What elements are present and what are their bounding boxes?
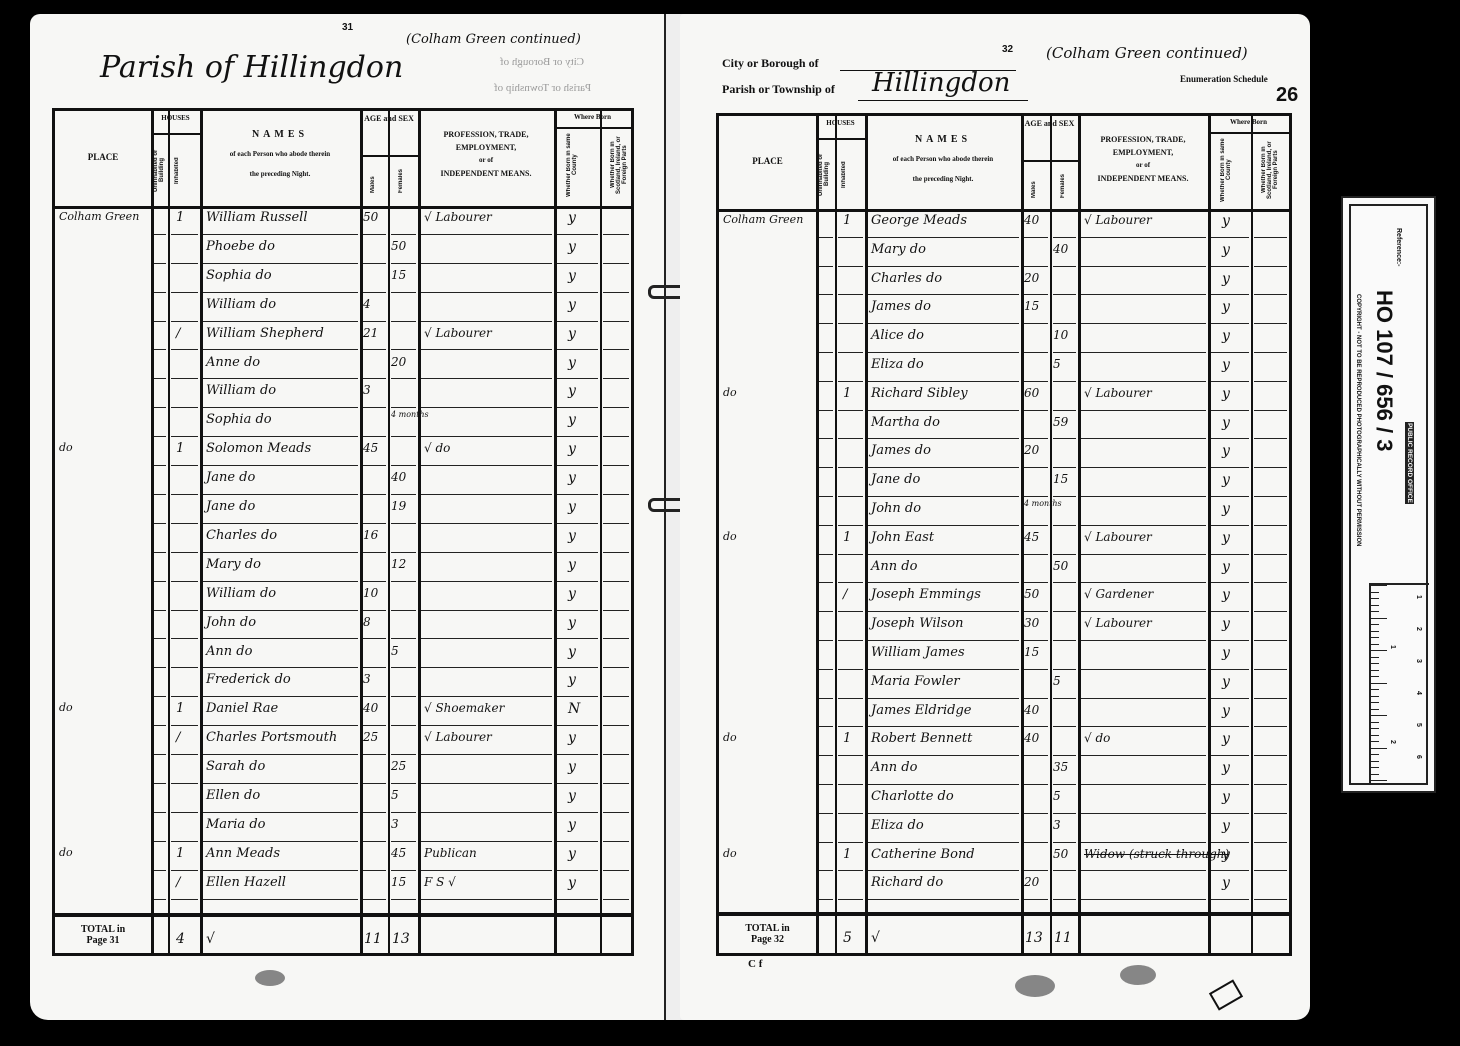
header-born-foreign: Whether Born in Scotland, Ireland, or Fo… <box>610 133 628 197</box>
cell-name: John East <box>871 530 934 545</box>
cell-male: 10 <box>363 586 378 600</box>
cell-born-county: y <box>568 210 576 226</box>
cell-profession: √ Gardener <box>1084 587 1153 601</box>
cell-place: do <box>723 530 737 543</box>
cell-name: Charles do <box>871 271 942 286</box>
cell-female: 15 <box>1053 472 1068 486</box>
cell-name: Mary do <box>206 557 261 572</box>
cell-male: 40 <box>1024 703 1039 717</box>
cell-born-county: y <box>568 759 576 775</box>
cell-name: Joseph Emmings <box>871 587 981 602</box>
table-row: Jane do40y <box>55 466 631 495</box>
census-page-right: City or Borough of 32 (Colham Green cont… <box>680 14 1310 1020</box>
cell-male: 40 <box>1024 731 1039 745</box>
table-row: Frederick do3y <box>55 668 631 697</box>
table-row: William do10y <box>55 582 631 611</box>
cell-female: 5 <box>1053 789 1061 803</box>
row-rule <box>203 899 358 900</box>
header-born-county: Whether Born in same County <box>1220 138 1232 202</box>
cell-name: Ellen Hazell <box>206 875 286 890</box>
cell-name: James Eldridge <box>871 703 971 718</box>
cell-name: William James <box>871 645 965 660</box>
row-rule <box>603 899 629 900</box>
cell-born-county: y <box>1222 271 1230 287</box>
cell-name: William do <box>206 297 276 312</box>
ruler-tick <box>1371 650 1387 651</box>
total-inhabited: 4 <box>176 931 185 947</box>
cell-name: Catherine Bond <box>871 847 975 862</box>
cell-place: Colham Green <box>59 210 139 223</box>
cell-name: William do <box>206 383 276 398</box>
cell-born-county: y <box>1222 242 1230 258</box>
header-profession: PROFESSION, TRADE, <box>418 131 554 140</box>
cell-male: 21 <box>363 326 378 340</box>
cell-born-county: y <box>1222 472 1230 488</box>
cell-male: 30 <box>1024 616 1039 630</box>
cell-profession: √ Labourer <box>424 730 492 744</box>
cell-inhabited: / <box>176 326 180 341</box>
cell-name: Jane do <box>206 499 255 514</box>
cell-female: 5 <box>1053 674 1061 688</box>
table-row: do1Richard Sibley60√ Labourery <box>719 382 1289 411</box>
cell-inhabited: 1 <box>176 846 184 861</box>
cell-name: Ann do <box>206 644 252 659</box>
cell-born-county: y <box>1222 674 1230 690</box>
table-row: Maria Fowler5y <box>719 670 1289 699</box>
table-row: Sophia do15y <box>55 264 631 293</box>
cell-born-county: y <box>1222 703 1230 719</box>
cell-born-county: y <box>568 557 576 573</box>
cell-name: James do <box>871 299 931 314</box>
cell-born-county: y <box>568 441 576 457</box>
table-row: Phoebe do50y <box>55 235 631 264</box>
table-row: William James15y <box>719 641 1289 670</box>
table-row: Alice do10y <box>719 324 1289 353</box>
cell-profession: √ Labourer <box>424 210 492 224</box>
census-page-left: 31 (Colham Green continued) Parish of Hi… <box>30 14 670 1020</box>
cell-born-county: y <box>1222 875 1230 891</box>
houses-divider <box>151 133 200 135</box>
table-row: do1Catherine Bond50Widow (struck through… <box>719 843 1289 872</box>
table-row: John do4 monthsy <box>719 497 1289 526</box>
cell-born-county: y <box>1222 299 1230 315</box>
age-divider <box>1021 160 1078 162</box>
cell-name: William Shepherd <box>206 326 324 341</box>
cell-name: Martha do <box>871 415 940 430</box>
cell-male: 40 <box>363 701 378 715</box>
header-males: Males <box>1031 176 1037 204</box>
cell-name: Jane do <box>206 470 255 485</box>
cell-male: 4 months <box>1024 499 1062 508</box>
table-row: Eliza do5y <box>719 353 1289 382</box>
cell-female: 19 <box>391 499 406 513</box>
row-rule <box>868 899 1019 900</box>
header-profession: INDEPENDENT MEANS. <box>1078 175 1208 184</box>
paper-stain <box>255 970 285 986</box>
cell-male: 4 <box>363 297 371 311</box>
ruler-tick <box>1371 585 1387 586</box>
record-office-label: PUBLIC RECORD OFFICE <box>1405 422 1414 504</box>
ruler-tick <box>1371 592 1379 593</box>
ruler-tick <box>1371 761 1379 762</box>
header-houses: HOUSES <box>151 115 200 123</box>
table-row: do1John East45√ Labourery <box>719 526 1289 555</box>
continued-heading: (Colham Green continued) <box>1046 44 1248 62</box>
paper-stain <box>1015 975 1055 997</box>
row-rule <box>819 899 833 900</box>
cell-born-county: y <box>1222 443 1230 459</box>
total-label-line1: TOTAL in <box>729 924 806 935</box>
table-row: Sophia do4 monthsy <box>55 408 631 437</box>
header-males: Males <box>370 171 376 199</box>
row-rule <box>154 899 166 900</box>
header-females: Females <box>1060 168 1066 204</box>
cell-male: 8 <box>363 615 371 629</box>
header-profession: PROFESSION, TRADE, <box>1078 136 1208 145</box>
cell-name: Anne do <box>206 355 260 370</box>
table-row: Richard do20y <box>719 871 1289 900</box>
table-row: Mary do40y <box>719 238 1289 267</box>
header-profession: or of <box>418 157 554 165</box>
cell-male: 3 <box>363 383 371 397</box>
cell-born-county: y <box>1222 213 1230 229</box>
table-row: Ann do5y <box>55 640 631 669</box>
table-row: John do8y <box>55 611 631 640</box>
cell-female: 35 <box>1053 760 1068 774</box>
row-rule <box>421 899 552 900</box>
cell-name: Charles do <box>206 528 277 543</box>
city-borough-label: City or Borough of <box>722 56 819 71</box>
where-born-divider <box>1208 132 1289 134</box>
cell-born-county: y <box>568 672 576 688</box>
header-uninhabited: Uninhabited or Building <box>818 146 833 203</box>
ruler-tick <box>1371 618 1387 619</box>
cell-female: 25 <box>391 759 406 773</box>
ruler-tick <box>1371 611 1379 612</box>
cell-male: 60 <box>1024 386 1039 400</box>
cell-female: 10 <box>1053 328 1068 342</box>
bleed-through-text: Parish or Township of <box>494 82 591 94</box>
row-rule <box>1211 899 1249 900</box>
enumeration-schedule-label: Enumeration Schedule <box>1180 74 1268 84</box>
cell-inhabited: 1 <box>843 386 851 401</box>
cell-name: Robert Bennett <box>871 731 972 746</box>
header-females: Females <box>398 163 404 199</box>
cell-male: 3 <box>363 672 371 686</box>
page-number: 31 <box>342 22 353 33</box>
parish-heading: Parish of Hillingdon <box>100 50 403 85</box>
ruler-label-cm: 3 <box>1415 659 1422 663</box>
cell-female: 40 <box>391 470 406 484</box>
table-row: Martha do59y <box>719 411 1289 440</box>
cell-female: 3 <box>1053 818 1061 832</box>
total-label-line2: Page 32 <box>729 935 806 946</box>
cell-inhabited: 1 <box>843 530 851 545</box>
cell-male: 40 <box>1024 213 1039 227</box>
cell-born-county: y <box>568 297 576 313</box>
cell-profession: √ do <box>1084 731 1110 745</box>
ruler-tick <box>1371 735 1379 736</box>
footer-mark: C f <box>748 958 762 970</box>
total-females: 13 <box>392 931 410 947</box>
cell-name: Joseph Wilson <box>871 616 964 631</box>
census-table: PLACEHOUSESUninhabited or BuildingInhabi… <box>716 113 1292 956</box>
table-row: /Ellen Hazell15F S √y <box>55 871 631 900</box>
cell-name: Eliza do <box>871 818 924 833</box>
header-inhabited: Inhabited <box>174 141 180 200</box>
table-row: /Charles Portsmouth25√ Labourery <box>55 726 631 755</box>
cell-born-county: y <box>568 846 576 862</box>
row-rule <box>391 899 416 900</box>
bleed-through-text: City or Borough of <box>500 56 584 68</box>
archive-reference-strip: Reference:- HO 107 / 656 / 3 PUBLIC RECO… <box>1341 196 1436 793</box>
header-inhabited: Inhabited <box>841 146 847 203</box>
cell-place: do <box>723 847 737 860</box>
cell-born-county: y <box>568 499 576 515</box>
cell-profession: √ Labourer <box>1084 616 1152 630</box>
row-rule <box>1024 899 1048 900</box>
paper-stain <box>1120 965 1156 985</box>
cell-born-county: N <box>568 701 580 717</box>
table-row: do1Ann Meads45Publicany <box>55 842 631 871</box>
ruler-label-in: 2 <box>1389 740 1396 744</box>
cell-born-county: y <box>568 326 576 342</box>
table-row: Eliza do3y <box>719 814 1289 843</box>
cell-male: 50 <box>363 210 378 224</box>
table-row: /William Shepherd21√ Labourery <box>55 322 631 351</box>
cell-born-county: y <box>568 730 576 746</box>
header-born-county: Whether Born in same County <box>566 133 578 197</box>
cell-born-county: y <box>1222 415 1230 431</box>
header-names: NAMES <box>200 129 360 140</box>
cell-name: John do <box>871 501 921 516</box>
where-born-divider <box>554 127 631 129</box>
cell-born-county: y <box>1222 645 1230 661</box>
cell-born-county: y <box>1222 386 1230 402</box>
cell-name: Solomon Meads <box>206 441 311 456</box>
ruler-tick <box>1371 624 1379 625</box>
cell-female: 5 <box>1053 357 1061 371</box>
cell-male: 16 <box>363 528 378 542</box>
cell-born-county: y <box>568 268 576 284</box>
cell-female: 4 months <box>391 410 429 419</box>
parish-field <box>858 100 1028 101</box>
cell-place: do <box>723 731 737 744</box>
header-names-sub2: the preceding Night. <box>200 171 360 179</box>
cell-name: William do <box>206 586 276 601</box>
cell-born-county: y <box>568 412 576 428</box>
table-row: /Joseph Emmings50√ Gardenery <box>719 583 1289 612</box>
ruler-tick <box>1371 663 1379 664</box>
ruler-label-cm: 5 <box>1415 723 1422 727</box>
cell-female: 15 <box>391 268 406 282</box>
cell-born-county: y <box>1222 616 1230 632</box>
table-row: Jane do15y <box>719 468 1289 497</box>
cell-name: George Meads <box>871 213 967 228</box>
table-row: James do20y <box>719 439 1289 468</box>
row-rule <box>363 899 386 900</box>
table-row: Ellen do5y <box>55 784 631 813</box>
cell-inhabited: / <box>176 730 180 745</box>
table-row: do1Solomon Meads45√ doy <box>55 437 631 466</box>
cell-born-county: y <box>1222 760 1230 776</box>
cell-name: Alice do <box>871 328 924 343</box>
cell-female: 12 <box>391 557 406 571</box>
header-age-sex: AGE and SEX <box>360 115 418 124</box>
cell-born-county: y <box>1222 501 1230 517</box>
cell-female: 50 <box>1053 847 1068 861</box>
cell-born-county: y <box>1222 328 1230 344</box>
census-table: PLACEHOUSESUninhabited or BuildingInhabi… <box>52 108 634 956</box>
page-number: 32 <box>1002 44 1013 55</box>
parish-value: Hillingdon <box>872 68 1010 98</box>
header-age-sex: AGE and SEX <box>1021 120 1078 129</box>
cell-name: Phoebe do <box>206 239 275 254</box>
table-row: Charles do16y <box>55 524 631 553</box>
ruler-tick <box>1371 702 1379 703</box>
header-place: PLACE <box>719 157 816 167</box>
ruler-label-cm: 4 <box>1415 691 1422 695</box>
cell-profession: F S √ <box>424 875 456 889</box>
cell-inhabited: 1 <box>843 847 851 862</box>
cell-name: Charles Portsmouth <box>206 730 337 745</box>
row-rule <box>1053 899 1076 900</box>
cell-male: 20 <box>1024 875 1039 889</box>
cell-name: Sarah do <box>206 759 265 774</box>
total-label: TOTAL inPage 31 <box>65 925 141 946</box>
ruler-label-in: 1 <box>1389 645 1396 649</box>
total-females: 11 <box>1054 930 1072 946</box>
cell-name: Maria Fowler <box>871 674 960 689</box>
ruler-tick <box>1371 689 1379 690</box>
header-houses: HOUSES <box>816 120 865 128</box>
row-rule <box>1254 899 1287 900</box>
cell-profession: √ Labourer <box>424 326 492 340</box>
cell-name: Mary do <box>871 242 926 257</box>
cell-inhabited: 1 <box>176 701 184 716</box>
header-uninhabited: Uninhabited or Building <box>153 141 166 200</box>
cell-born-county: y <box>568 817 576 833</box>
reference-label: Reference:- <box>1395 228 1402 267</box>
cell-profession: √ do <box>424 441 450 455</box>
cell-name: Ann do <box>871 760 917 775</box>
cell-female: 40 <box>1053 242 1068 256</box>
ruler-tick <box>1371 598 1379 599</box>
cell-name: John do <box>206 615 256 630</box>
cell-female: 50 <box>391 239 406 253</box>
cell-profession: √ Labourer <box>1084 530 1152 544</box>
table-row: do1Daniel Rae40√ ShoemakerN <box>55 697 631 726</box>
ruler-tick <box>1371 670 1379 671</box>
enumeration-schedule-number: 26 <box>1276 84 1298 107</box>
totals-row: TOTAL inPage 325√1311 <box>719 912 1289 953</box>
header-profession: or of <box>1078 162 1208 170</box>
ruler-tick <box>1371 715 1387 716</box>
total-inhabited: 5 <box>843 930 852 946</box>
cell-name: Jane do <box>871 472 920 487</box>
cell-name: Frederick do <box>206 672 291 687</box>
cell-male: 45 <box>363 441 378 455</box>
totals-row: TOTAL inPage 314√1113 <box>55 913 631 953</box>
ruler-label-cm: 1 <box>1415 595 1422 599</box>
cell-female: 59 <box>1053 415 1068 429</box>
measurement-ruler: 12345612 <box>1369 583 1429 785</box>
ruler-tick <box>1371 676 1379 677</box>
ruler-tick <box>1371 683 1387 684</box>
table-row: do1Robert Bennett40√ doy <box>719 727 1289 756</box>
cell-born-county: y <box>1222 847 1230 863</box>
table-row: Colham Green1George Meads40√ Labourery <box>719 209 1289 238</box>
cell-born-county: y <box>568 644 576 660</box>
table-row: Sarah do25y <box>55 755 631 784</box>
table-row: Ann do35y <box>719 756 1289 785</box>
cell-female: 5 <box>391 788 399 802</box>
table-header: PLACEHOUSESUninhabited or BuildingInhabi… <box>55 111 631 209</box>
table-row: Charlotte do5y <box>719 785 1289 814</box>
cell-profession: √ Labourer <box>1084 213 1152 227</box>
cell-female: 3 <box>391 817 399 831</box>
copyright-notice: COPYRIGHT - NOT TO BE REPRODUCED PHOTOGR… <box>1355 294 1361 546</box>
cell-name: Richard Sibley <box>871 386 968 401</box>
cell-born-county: y <box>568 586 576 602</box>
cell-name: Daniel Rae <box>206 701 278 716</box>
cell-male: 15 <box>1024 299 1039 313</box>
header-names-sub1: of each Person who abode therein <box>865 156 1021 164</box>
header-place: PLACE <box>55 153 151 163</box>
header-profession: EMPLOYMENT, <box>1078 149 1208 158</box>
table-row: Colham Green1William Russell50√ Labourer… <box>55 206 631 235</box>
ruler-tick <box>1371 728 1379 729</box>
header-names-sub2: the preceding Night. <box>865 176 1021 184</box>
cell-female: 5 <box>391 644 399 658</box>
cell-born-county: y <box>1222 731 1230 747</box>
ruler-label-cm: 2 <box>1415 627 1422 631</box>
age-divider <box>360 155 418 157</box>
total-males: 11 <box>364 931 382 947</box>
cell-inhabited: 1 <box>176 210 184 225</box>
cell-born-county: y <box>1222 818 1230 834</box>
cell-male: 15 <box>1024 645 1039 659</box>
cell-male: 50 <box>1024 587 1039 601</box>
row-rule <box>838 899 863 900</box>
ruler-tick <box>1371 754 1379 755</box>
header-names-sub1: of each Person who abode therein <box>200 151 360 159</box>
ruler-label-cm: 6 <box>1415 755 1422 759</box>
cell-born-county: y <box>1222 559 1230 575</box>
cell-female: 15 <box>391 875 406 889</box>
total-label: TOTAL inPage 32 <box>729 924 806 945</box>
table-row: Jane do19y <box>55 495 631 524</box>
cell-born-county: y <box>568 383 576 399</box>
table-row: James Eldridge40y <box>719 699 1289 728</box>
cell-name: James do <box>871 443 931 458</box>
header-born-foreign: Whether Born in Scotland, Ireland, or Fo… <box>1261 138 1279 202</box>
cell-inhabited: 1 <box>843 213 851 228</box>
table-row: Joseph Wilson30√ Labourery <box>719 612 1289 641</box>
cell-male: 20 <box>1024 443 1039 457</box>
cell-born-county: y <box>568 615 576 631</box>
cell-born-county: y <box>568 239 576 255</box>
cell-name: Eliza do <box>871 357 924 372</box>
table-row: Charles do20y <box>719 267 1289 296</box>
header-where-born: Where Born <box>1208 119 1289 127</box>
total-names-mark: √ <box>871 930 880 946</box>
continued-heading: (Colham Green continued) <box>406 32 581 47</box>
cell-name: Ann do <box>871 559 917 574</box>
cell-profession: Widow (struck through) <box>1084 847 1229 861</box>
header-profession: INDEPENDENT MEANS. <box>418 170 554 179</box>
cell-born-county: y <box>568 875 576 891</box>
